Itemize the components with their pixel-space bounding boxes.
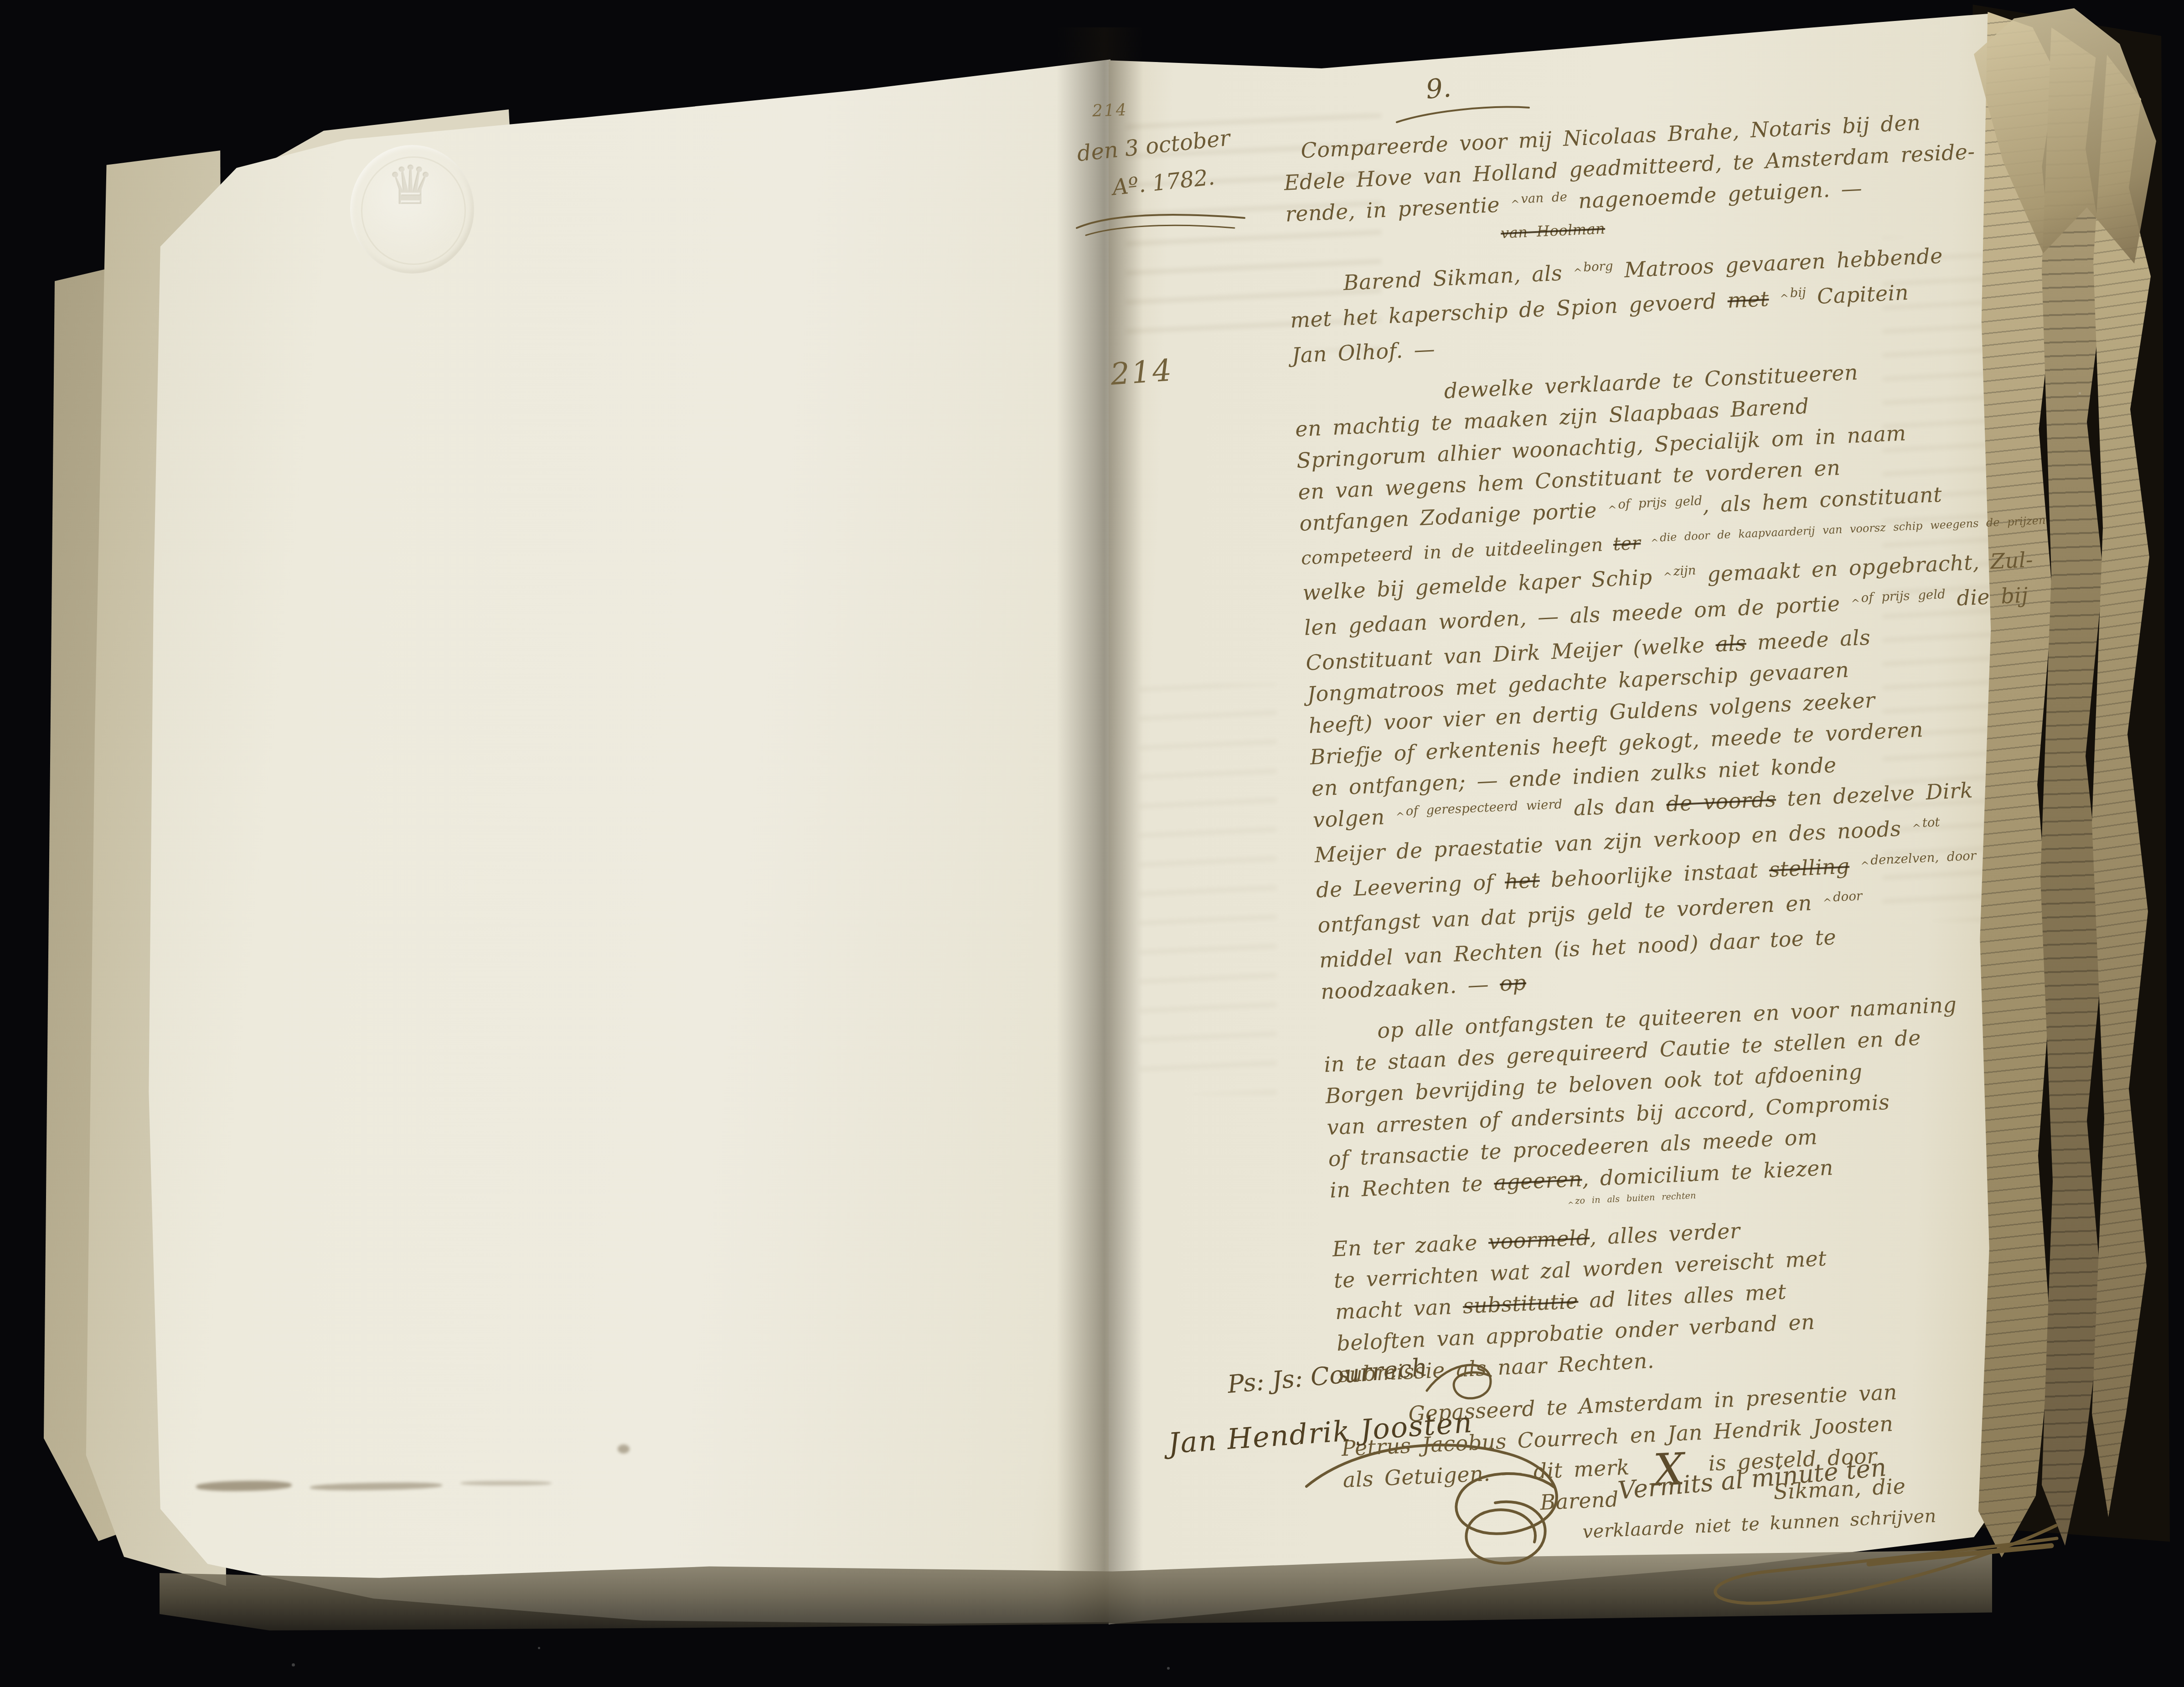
manuscript-segment bbox=[1768, 286, 1781, 311]
manuscript-segment: zijn bbox=[1663, 563, 1696, 579]
manuscript-segment: macht van bbox=[1335, 1294, 1463, 1325]
dust-speck bbox=[292, 1663, 295, 1666]
manuscript-segment: of gerespecteerd wierd bbox=[1395, 797, 1563, 819]
manuscript-segment: tot bbox=[1911, 814, 1940, 831]
manuscript-segment: substitutie bbox=[1462, 1289, 1579, 1318]
manuscript-segment: meede als bbox=[1745, 625, 1871, 655]
folio-number-small: 214 bbox=[1092, 101, 1128, 121]
manuscript-segment: de Leevering of bbox=[1316, 869, 1505, 903]
manuscript-segment: rende, in presentie bbox=[1285, 191, 1512, 226]
crown-icon: ♛ bbox=[387, 154, 435, 217]
left-page bbox=[146, 55, 1110, 1627]
manuscript-segment: En ter zaake bbox=[1332, 1230, 1489, 1261]
dust-speck bbox=[1167, 1667, 1170, 1670]
act-number: 9. bbox=[1425, 72, 1452, 105]
manuscript-segment: Jan Olhof. — bbox=[1291, 336, 1436, 367]
manuscript-segment: Barend Sikman, als bbox=[1343, 260, 1574, 295]
manuscript-segment: borg bbox=[1573, 258, 1613, 275]
dust-speck bbox=[538, 1647, 540, 1649]
manuscript-segment: bij bbox=[1779, 285, 1806, 301]
signature-paraph bbox=[1299, 1423, 1591, 1573]
manuscript-segment: zo in als buiten rechten bbox=[1567, 1190, 1696, 1206]
manuscript-segment: voormeld bbox=[1488, 1225, 1590, 1254]
manuscript-segment: als bbox=[1715, 631, 1747, 657]
manuscript-segment: ter bbox=[1613, 533, 1641, 555]
ink-stain bbox=[460, 1481, 552, 1485]
manuscript-segment: ten dezelve Dirk bbox=[1776, 778, 1973, 812]
manuscript-segment: Capitein bbox=[1806, 280, 1909, 309]
ink-bleedthrough bbox=[1140, 684, 1276, 1094]
manuscript-segment: volgen bbox=[1312, 804, 1396, 832]
manuscript-segment: van Hoolman bbox=[1500, 220, 1606, 242]
manuscript-segment: de voords bbox=[1666, 787, 1776, 816]
manuscript-segment: Matroos gevaaren hebbende bbox=[1613, 243, 1943, 283]
ink-stain bbox=[618, 1444, 630, 1454]
manuscript-segment: op bbox=[1499, 970, 1527, 996]
manuscript-segment: door bbox=[1823, 888, 1863, 905]
manuscript-text-block: Compareerde voor mij Nicolaas Brahe, Not… bbox=[1282, 101, 2112, 1559]
manuscript-segment: behoorlijke instaat bbox=[1539, 857, 1770, 892]
manuscript-segment: ad lites alles met bbox=[1578, 1279, 1787, 1313]
embossed-seal: ♛ bbox=[350, 145, 474, 274]
manuscript-segment: met bbox=[1727, 286, 1769, 313]
manuscript-segment: het bbox=[1504, 868, 1540, 894]
manuscript-segment: of prijs geld bbox=[1607, 493, 1703, 512]
manuscript-segment: stelling bbox=[1769, 854, 1850, 882]
scanned-manuscript-page: ♛ 9. 214 den 3 october Aº. 1782. 214 Com… bbox=[0, 0, 2184, 1687]
date-underline-flourish bbox=[1070, 204, 1253, 243]
manuscript-segment bbox=[1849, 853, 1861, 878]
dust-speck bbox=[2079, 392, 2081, 394]
signature-paraph bbox=[1422, 1350, 1513, 1413]
manuscript-segment: die bij bbox=[1945, 583, 2029, 611]
manuscript-segment: of prijs geld bbox=[1850, 586, 1946, 605]
manuscript-segment: van de bbox=[1510, 189, 1568, 207]
manuscript-segment: denzelven, door bbox=[1860, 848, 1977, 868]
manuscript-segment bbox=[1640, 532, 1651, 554]
docket-flourish bbox=[1678, 1509, 2079, 1628]
manuscript-segment: als dan bbox=[1562, 792, 1667, 821]
manuscript-segment: , alles verder bbox=[1589, 1218, 1741, 1250]
manuscript-segment: noodzaaken. — bbox=[1320, 971, 1500, 1004]
folio-number-large: 214 bbox=[1109, 352, 1174, 392]
manuscript-segment: in Rechten te bbox=[1329, 1170, 1495, 1202]
